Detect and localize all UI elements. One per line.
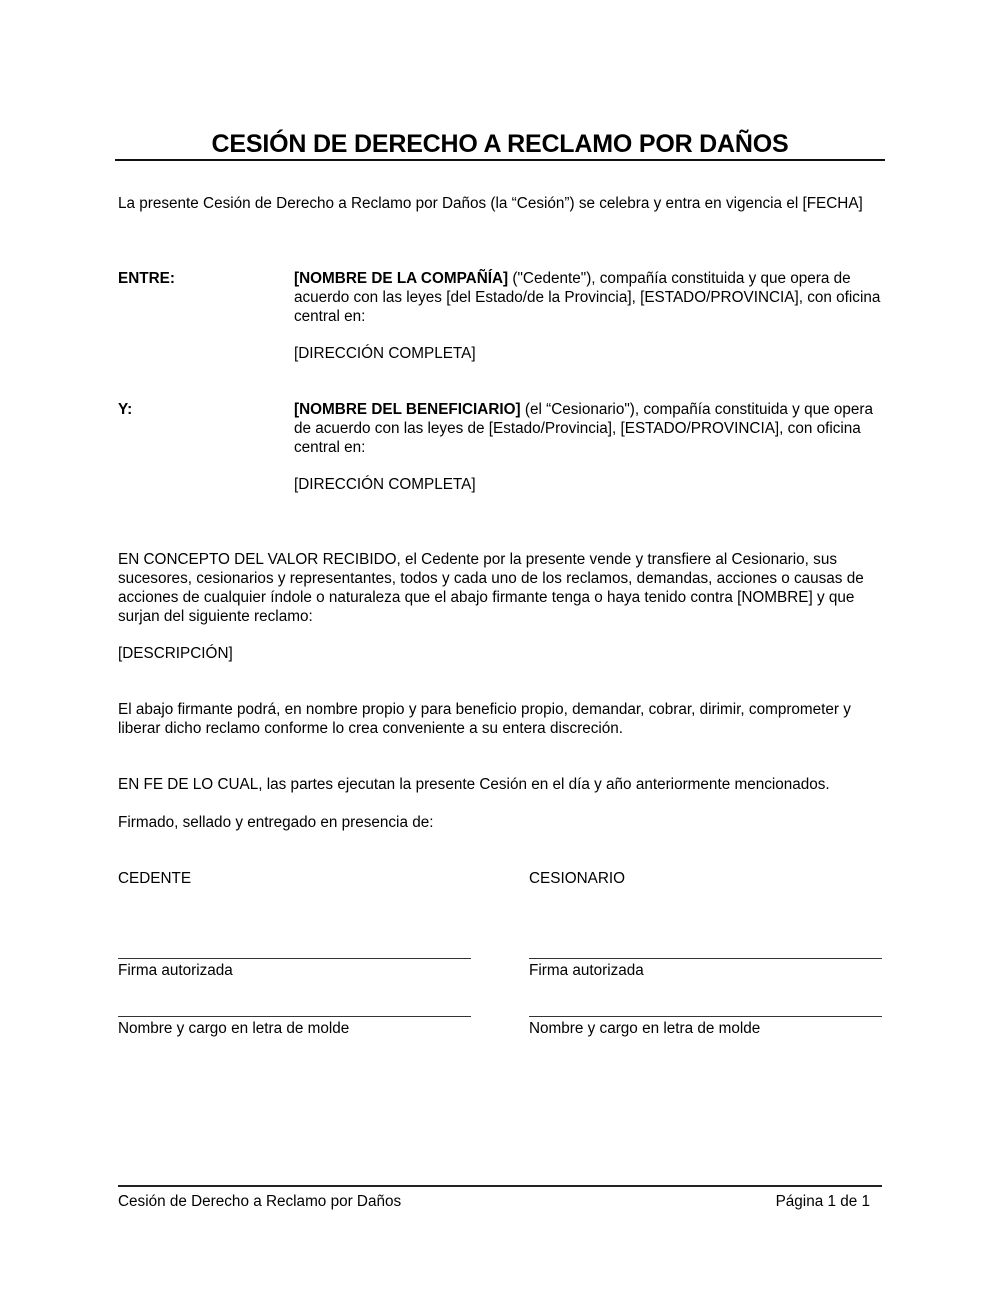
party-address: [DIRECCIÓN COMPLETA]	[294, 475, 884, 494]
party-name: [NOMBRE DE LA COMPAÑÍA]	[294, 270, 508, 287]
footer-divider	[118, 1185, 882, 1187]
name-label: Nombre y cargo en letra de molde	[118, 1019, 471, 1038]
footer-document-name: Cesión de Derecho a Reclamo por Daños	[118, 1192, 401, 1211]
party-label-y: Y:	[118, 400, 132, 419]
document-title: CESIÓN DE DERECHO A RECLAMO POR DAÑOS	[115, 128, 885, 160]
party-cesionario: [NOMBRE DEL BENEFICIARIO] (el “Cesionari…	[294, 400, 884, 457]
signature-label: Firma autorizada	[529, 961, 882, 980]
signature-line	[118, 958, 471, 959]
party-label-entre: ENTRE:	[118, 269, 175, 288]
witness-paragraph: EN FE DE LO CUAL, las partes ejecutan la…	[118, 775, 882, 794]
description-placeholder: [DESCRIPCIÓN]	[118, 644, 882, 663]
title-divider	[115, 159, 885, 161]
party-name: [NOMBRE DEL BENEFICIARIO]	[294, 401, 521, 418]
name-label: Nombre y cargo en letra de molde	[529, 1019, 882, 1038]
signature-heading: CEDENTE	[118, 869, 471, 888]
name-line	[118, 1016, 471, 1017]
signature-block-cesionario: CESIONARIO Firma autorizada Nombre y car…	[529, 869, 882, 1038]
rights-paragraph: El abajo firmante podrá, en nombre propi…	[118, 700, 882, 738]
signature-line	[529, 958, 882, 959]
footer-page-number: Página 1 de 1	[776, 1192, 870, 1211]
party-address: [DIRECCIÓN COMPLETA]	[294, 344, 884, 363]
signature-heading: CESIONARIO	[529, 869, 882, 888]
intro-paragraph: La presente Cesión de Derecho a Reclamo …	[118, 194, 882, 213]
party-cedente: [NOMBRE DE LA COMPAÑÍA] ("Cedente"), com…	[294, 269, 884, 326]
signature-label: Firma autorizada	[118, 961, 471, 980]
signed-paragraph: Firmado, sellado y entregado en presenci…	[118, 813, 882, 832]
consideration-paragraph: EN CONCEPTO DEL VALOR RECIBIDO, el Ceden…	[118, 550, 882, 626]
signature-block-cedente: CEDENTE Firma autorizada Nombre y cargo …	[118, 869, 471, 1038]
name-line	[529, 1016, 882, 1017]
